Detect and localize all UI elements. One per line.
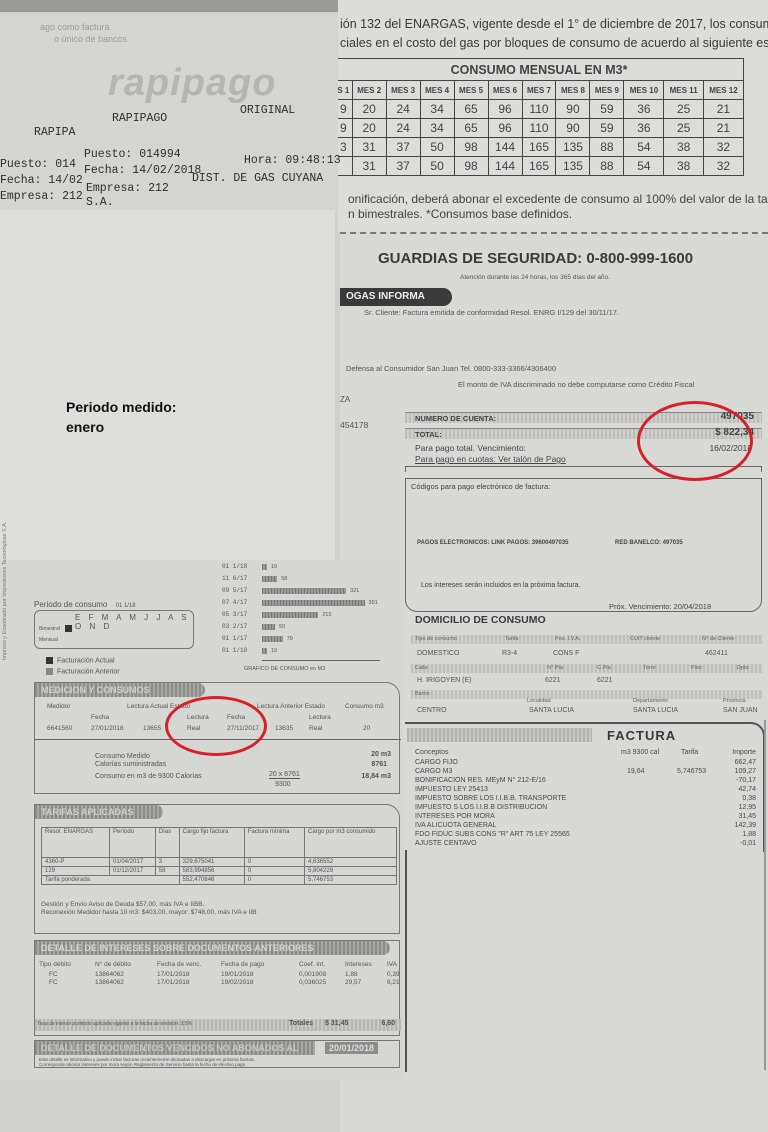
factura-concepto: IMPUESTO SOBRE LOS I.I.B.B. TRANSPORTE xyxy=(415,794,566,803)
factura-row: AJUSTE CENTAVO-0,01 xyxy=(415,839,760,848)
periodo-label: Periodo de consumo xyxy=(34,600,107,609)
factura-importe: 1,88 xyxy=(742,830,756,839)
notice-line-2: ciales en el costo del gas por bloques d… xyxy=(340,36,768,50)
intereses-cell: 6,21 xyxy=(387,979,400,986)
month-header: MES 5 xyxy=(454,81,488,100)
partial-text: ZA xyxy=(340,395,350,404)
value-fecha-actual: 27/01/2018 xyxy=(91,725,124,732)
table-cell: 32 xyxy=(703,138,743,157)
factura-concepto: INTERESES POR MORA xyxy=(415,812,495,821)
label-torre: Torre xyxy=(643,665,656,671)
receipt-hora: Hora: 09:48:13 xyxy=(244,154,341,167)
th-dias: Días xyxy=(155,828,179,858)
rapipago-logo: rapipago xyxy=(108,62,276,105)
intereses-cell: 1,88 xyxy=(345,971,358,978)
factura-importe: -70,17 xyxy=(736,776,756,785)
chart-category-label: 01 1/18 xyxy=(222,647,247,654)
month-header: MES 4 xyxy=(420,81,454,100)
total-intereses: $ 31,45 xyxy=(325,1020,348,1027)
table-cell: 4,636552 xyxy=(305,858,397,867)
factura-concepto: AJUSTE CENTAVO xyxy=(415,839,477,848)
chart-bar-value: 79 xyxy=(287,636,293,642)
factura-header-bar xyxy=(407,728,592,742)
bimestral-label: Bimestral xyxy=(39,625,76,632)
table-cell: 21 xyxy=(703,100,743,119)
consumo-mensual-table: CONSUMO MENSUAL EN M3* S 1MES 2MES 3MES … xyxy=(334,58,744,176)
receipt-empresa-left: Empresa: 212 xyxy=(0,190,83,203)
partial-number: 454178 xyxy=(340,420,368,430)
consumo-medido-label: Consumo Medido xyxy=(95,753,150,760)
label-barrio: Barrio xyxy=(415,691,430,697)
vencidos-section: DETALLE DE DOCUMENTOS VENCIDOS NO ABONAD… xyxy=(34,1040,400,1068)
factura-row: IMPUESTO SOBRE LOS I.I.B.B. TRANSPORTE0,… xyxy=(415,794,760,803)
ponderada-fijo: 552,470646 xyxy=(179,876,244,885)
month-header: MES 9 xyxy=(590,81,624,100)
intereses-note: Los intereses serán incluidos en la próx… xyxy=(421,582,581,589)
header-m3: m3 9300 cal xyxy=(621,748,659,757)
divider xyxy=(764,720,766,1070)
th-factura-minima: Factura mínima xyxy=(244,828,304,858)
ponderada-label: Tarifa ponderada xyxy=(42,876,180,885)
chart-bar xyxy=(262,564,267,570)
value-consumo: 20 xyxy=(363,725,370,732)
table-cell: 110 xyxy=(522,119,556,138)
table-cell: 24 xyxy=(386,100,420,119)
formula-denominator: 9300 xyxy=(275,781,291,788)
intereses-header-cell: Intereses xyxy=(345,961,372,968)
bimestral-marker xyxy=(65,625,72,632)
table-cell: 135 xyxy=(556,157,590,176)
table-cell: 01/12/2017 xyxy=(110,867,156,876)
table-cell: 01/04/2017 xyxy=(110,858,156,867)
table-cell: 50 xyxy=(420,138,454,157)
domicilio-title: DOMICILIO DE CONSUMO xyxy=(415,614,546,626)
notice-line-1: ión 132 del ENARGAS, vigente desde el 1°… xyxy=(340,17,768,31)
table-cell: 34 xyxy=(420,100,454,119)
th-resol: Resol. ENARGAS xyxy=(42,828,110,858)
factura-importe: 142,39 xyxy=(735,821,756,830)
month-header: MES 10 xyxy=(624,81,664,100)
intereses-header-cell: Fecha de pago xyxy=(221,961,264,968)
chart-category-label: 09 5/17 xyxy=(222,587,247,594)
value-lectura-actual: 13655 xyxy=(143,725,161,732)
label-dpto: Dpto xyxy=(737,665,749,671)
table-row: 3137509814416513588543832 xyxy=(335,157,744,176)
ponderada-min: 0 xyxy=(244,876,304,885)
chart-bar xyxy=(262,648,267,654)
factura-headers: Conceptos m3 9300 cal Tarifa Importe xyxy=(415,748,760,757)
rapipago-receipt: ago como factura o único de bancos rapip… xyxy=(0,14,338,214)
intereses-cell: 13864062 xyxy=(95,979,124,986)
label-cuit: CUIT cliente xyxy=(630,636,660,642)
factura-concepto: IMPUESTO S LOS I.I.B.B DISTRIBUCION xyxy=(415,803,547,812)
table-cell: 65 xyxy=(454,100,488,119)
red-banelco: RED BANELCO: 497035 xyxy=(615,540,683,546)
total-label: TOTAL: xyxy=(415,430,442,439)
intereses-header-cell: IVA xyxy=(387,961,397,968)
table-row: 4360-P01/04/20173329,67504104,636552 xyxy=(42,858,397,867)
factura-m3: 19,64 xyxy=(627,767,645,776)
table-cell: 96 xyxy=(488,119,522,138)
factura-tarifa: 5,746753 xyxy=(677,767,706,776)
table-cell: 59 xyxy=(590,119,624,138)
periodo-box: E F M A M J J A S O N D Bimestral Mensua… xyxy=(34,610,194,649)
table-cell: 110 xyxy=(522,100,556,119)
value-tipo-consumo: DOMESTICO xyxy=(417,650,459,657)
mensual-label: Mensual xyxy=(39,637,58,643)
chart-bar xyxy=(262,636,283,642)
chart-bar-value: 58 xyxy=(281,576,287,582)
vencidos-text-2: Corresponde abonar intereses por mora se… xyxy=(39,1062,246,1067)
table-cell: 38 xyxy=(664,138,703,157)
header-bar-2 xyxy=(411,664,763,673)
table-cell: 20 xyxy=(352,119,386,138)
intereses-cell: FC xyxy=(49,971,58,978)
table-cell: 144 xyxy=(488,138,522,157)
table-cell: 3 xyxy=(155,858,179,867)
table-cell: 20 xyxy=(352,100,386,119)
value-nro-pta: 6221 xyxy=(545,677,561,684)
totales-label: Totales xyxy=(289,1020,313,1027)
intereses-cell: 19/01/2018 xyxy=(221,971,254,978)
vencidos-header: DETALLE DE DOCUMENTOS VENCIDOS NO ABONAD… xyxy=(35,1041,315,1055)
factura-title: FACTURA xyxy=(607,728,676,743)
factura-concepto: IVA ALICUOTA GENERAL xyxy=(415,821,496,830)
factura-row: IMPUESTO LEY 2541342,74 xyxy=(415,785,760,794)
value-localidad: SANTA LUCIA xyxy=(529,707,574,714)
label-tipo-consumo: Tipo de consumo xyxy=(415,636,457,642)
intereses-section: DETALLE DE INTERESES SOBRE DOCUMENTOS AN… xyxy=(34,940,400,1036)
table-cell: 21 xyxy=(703,119,743,138)
table-cell: 583,994856 xyxy=(179,867,244,876)
label-departamento: Departamento xyxy=(633,698,668,704)
domicilio-consumo: DOMICILIO DE CONSUMO Tipo de consumo Tar… xyxy=(405,612,765,722)
chart-title: GRAFICO DE CONSUMO en M3 xyxy=(244,666,325,672)
hdr-fecha-actual: Fecha xyxy=(91,714,109,721)
label-calle: Calle xyxy=(415,665,428,671)
label-c-pta: C.Pta xyxy=(597,665,611,671)
legend-actual-swatch xyxy=(46,657,53,664)
chart-category-label: 03 2/17 xyxy=(222,623,247,630)
calorias-value: 8761 xyxy=(371,761,387,768)
defensa-consumidor: Defensa al Consumidor San Juan Tel. 0800… xyxy=(346,364,556,373)
receipt-empresa-name: DIST. DE GAS CUYANA xyxy=(192,172,323,185)
label-nro-cliente: N° de Cliente xyxy=(702,636,734,642)
legend-actual: Facturación Actual xyxy=(46,657,115,664)
intereses-cell: 0,001908 xyxy=(299,971,326,978)
table-cell: 24 xyxy=(386,119,420,138)
intereses-header-cell: Coef. int. xyxy=(299,961,325,968)
chart-bar xyxy=(262,576,277,582)
table-cell: 37 xyxy=(386,138,420,157)
label-tarifa: Tarifa xyxy=(505,636,518,642)
value-calle: H. IRIGOYEN (E) xyxy=(417,677,471,684)
table-cell: 34 xyxy=(420,119,454,138)
intereses-cell: 13864062 xyxy=(95,971,124,978)
consumo-9300-label: Consumo en m3 de 9300 Calorías xyxy=(95,773,202,780)
table-cell: 4360-P xyxy=(42,858,110,867)
receipt-rapipa: RAPIPA xyxy=(34,126,75,139)
factura-section: FACTURA Conceptos m3 9300 cal Tarifa Imp… xyxy=(405,722,765,852)
receipt-puesto: Puesto: 014994 xyxy=(84,148,181,161)
intereses-header-cell: N° de débito xyxy=(95,961,131,968)
table-cell: 98 xyxy=(454,157,488,176)
th-periodo: Período xyxy=(110,828,156,858)
hdr-lectura-2: Lectura xyxy=(309,714,331,721)
factura-concepto: CARGO FIJO xyxy=(415,758,458,767)
divider xyxy=(405,850,407,1072)
month-header: MES 8 xyxy=(556,81,590,100)
receipt-faint-1: ago como factura xyxy=(40,22,110,32)
table-cell: 135 xyxy=(556,138,590,157)
highlight-circle-lectura xyxy=(165,696,267,756)
intereses-header-cell: Fecha de venc. xyxy=(157,961,201,968)
header-bar-3 xyxy=(411,690,763,699)
table-cell: 37 xyxy=(386,157,420,176)
informa-banner: OGAS INFORMA xyxy=(340,288,452,306)
consumption-chart: GRAFICO DE CONSUMO en M3 01 1/181911 6/1… xyxy=(222,560,402,670)
table-cell: 96 xyxy=(488,100,522,119)
header-conceptos: Conceptos xyxy=(415,748,448,757)
consumo-9300-value: 18,84 m3 xyxy=(361,773,391,780)
pago-total-label: Para pago total. Vencimiento: xyxy=(415,443,526,453)
month-header: MES 2 xyxy=(352,81,386,100)
reconexion-note: Reconexión Medidor hasta 10 m3: $403,00,… xyxy=(41,909,257,916)
header-tarifa: Tarifa xyxy=(681,748,698,757)
month-header: MES 7 xyxy=(522,81,556,100)
table-cell: 38 xyxy=(664,157,703,176)
chart-bar xyxy=(262,600,365,606)
table-cell: 25 xyxy=(664,100,703,119)
intereses-cell: 17/01/2018 xyxy=(157,979,190,986)
table-cell: 165 xyxy=(522,138,556,157)
chart-bar-value: 215 xyxy=(322,612,331,618)
table-cell: 31 xyxy=(352,138,386,157)
receipt-empresa: Empresa: 212 xyxy=(86,182,169,195)
intereses-cell: 17/01/2018 xyxy=(157,971,190,978)
factura-concepto: IMPUESTO LEY 25413 xyxy=(415,785,488,794)
notice-foot-2: n bimestrales. *Consumos base definidos. xyxy=(348,207,572,221)
factura-row: FDO FIDUC SUBS CONS "R" ART 75 LEY 25565… xyxy=(415,830,760,839)
chart-bar-value: 391 xyxy=(369,600,378,606)
intereses-cell: FC xyxy=(49,979,58,986)
cut-line xyxy=(340,232,768,234)
factura-importe: 662,47 xyxy=(735,758,756,767)
total-iva: 6,60 xyxy=(381,1020,395,1027)
chart-bar-value: 321 xyxy=(350,588,359,594)
factura-concepto: CARGO M3 xyxy=(415,767,452,776)
table-cell: 59 xyxy=(590,100,624,119)
table-cell: 329,675041 xyxy=(179,858,244,867)
codigos-label: Códigos para pago electrónico de factura… xyxy=(411,482,550,491)
hdr-consumo: Consumo m3 xyxy=(345,703,384,710)
table-row: 12901/12/201758583,99485605,804229 xyxy=(42,867,397,876)
periodo-consumo: Periodo de consumo 01 1/18 xyxy=(34,600,136,609)
table-cell: 5,804229 xyxy=(305,867,397,876)
table-cell: 25 xyxy=(664,119,703,138)
month-letters: E F M A M J J A S O N D xyxy=(75,613,193,631)
iva-note: El monto de IVA discriminado no debe com… xyxy=(458,380,694,389)
factura-importe: 31,45 xyxy=(738,812,756,821)
paper-sheet xyxy=(0,210,335,570)
pago-cuotas-label: Para pago en cuotas: Ver talón de Pago xyxy=(415,454,566,464)
intereses-header: DETALLE DE INTERESES SOBRE DOCUMENTOS AN… xyxy=(35,941,390,955)
chart-bar xyxy=(262,588,346,594)
factura-row: CARGO FIJO662,47 xyxy=(415,758,760,767)
chart-axis xyxy=(262,660,380,661)
legend-anterior-text: Facturación Anterior xyxy=(57,668,120,675)
enargas-notice: ión 132 del ENARGAS, vigente desde el 1°… xyxy=(338,0,768,232)
factura-row: BONIFICACION RES. MEyM N° 212-E/16-70,17 xyxy=(415,776,760,785)
tarifas-header: TARIFAS APLICADAS xyxy=(35,805,163,819)
hdr-medidor: Medidor xyxy=(47,703,70,710)
factura-row: INTERESES POR MORA31,45 xyxy=(415,812,760,821)
table-cell: 36 xyxy=(624,100,664,119)
cliente-text: Sr. Cliente: Factura emitida de conformi… xyxy=(364,308,619,317)
receipt-faint-2: o único de bancos xyxy=(54,34,127,44)
table-row: 33137509814416513588543832 xyxy=(335,138,744,157)
receipt-empresa-sa: S.A. xyxy=(86,196,114,209)
th-cargo-m3: Cargo por m3 consumido xyxy=(305,828,397,858)
periodo-value: 01 1/18 xyxy=(116,603,136,609)
link-pagos: PAGOS ELECTRONICOS: LINK PAGOS: 39600497… xyxy=(417,540,569,546)
table-cell: 50 xyxy=(420,157,454,176)
notice-foot-1: onificación, deberá abonar el excedente … xyxy=(348,192,768,206)
value-estado-anterior: Real xyxy=(309,725,322,732)
factura-importe: -0,01 xyxy=(740,839,756,848)
chart-bar xyxy=(262,612,318,618)
table-cell: 65 xyxy=(454,119,488,138)
prox-vencimiento: Próx. Vencimiento: 20/04/2018 xyxy=(609,602,711,611)
label-localidad: Localidad xyxy=(527,698,551,704)
legend-anterior-swatch xyxy=(46,668,53,675)
tarifas-section: TARIFAS APLICADAS Resol. ENARGAS Período… xyxy=(34,804,400,934)
factura-concepto: BONIFICACION RES. MEyM N° 212-E/16 xyxy=(415,776,546,785)
table-cell: 88 xyxy=(590,138,624,157)
formula-numerator: 20 x 8761 xyxy=(269,771,300,779)
chart-bar-value: 50 xyxy=(279,624,285,630)
table-cell: 98 xyxy=(454,138,488,157)
month-header: MES 3 xyxy=(386,81,420,100)
label-pos-iva: Pos. I.V.A. xyxy=(555,636,580,642)
chart-category-label: 07 4/17 xyxy=(222,599,247,606)
guardias-heading: GUARDIAS DE SEGURIDAD: 0-800-999-1600 xyxy=(378,250,693,267)
value-barrio: CENTRO xyxy=(417,707,447,714)
th-cargo-fijo: Cargo fijo factura xyxy=(179,828,244,858)
annotation-periodo-medido: Periodo medido: enero xyxy=(66,397,176,437)
intereses-cell: 19/02/2018 xyxy=(221,979,254,986)
tarifas-table: Resol. ENARGAS Período Días Cargo fijo f… xyxy=(41,827,397,885)
intereses-cell: 0,036025 xyxy=(299,979,326,986)
factura-concepto: FDO FIDUC SUBS CONS "R" ART 75 LEY 25565 xyxy=(415,830,570,839)
chart-bar xyxy=(262,624,275,630)
annotation-line-2: enero xyxy=(66,417,176,437)
bimestral-text: Bimestral xyxy=(39,626,60,632)
annotation-line-1: Periodo medido: xyxy=(66,397,176,417)
printer-credit: Impreso y Ensobrado por Impresiones Tecn… xyxy=(2,522,8,660)
chart-bar-value: 19 xyxy=(271,564,277,570)
factura-row: IVA ALICUOTA GENERAL142,39 xyxy=(415,821,760,830)
table-cell: 129 xyxy=(42,867,110,876)
ponderada-m3: 5,746753 xyxy=(305,876,397,885)
consumo-medido-value: 20 m3 xyxy=(371,751,391,758)
value-tarifa: R3-4 xyxy=(502,650,517,657)
chart-bar-value: 19 xyxy=(271,648,277,654)
receipt-fecha-left: Fecha: 14/02 xyxy=(0,174,83,187)
calorias-label: Calorías suministradas xyxy=(95,761,166,768)
gestion-note: Gestión y Envío Aviso de Deuda $57,00, m… xyxy=(41,901,204,908)
header-importe: Importe xyxy=(732,748,756,757)
receipt-brand: RAPIPAGO xyxy=(112,112,167,125)
table-cell: 54 xyxy=(624,157,664,176)
intereses-header-cell: Tipo débito xyxy=(39,961,71,968)
consumption-detail-sheet: Periodo de consumo 01 1/18 E F M A M J J… xyxy=(0,560,402,1080)
table-cell: 0 xyxy=(244,867,304,876)
legend-actual-text: Facturación Actual xyxy=(57,657,115,664)
receipt-fecha: Fecha: 14/02/2018 xyxy=(84,164,201,177)
table-cell: 90 xyxy=(556,119,590,138)
month-header: MES 12 xyxy=(703,81,743,100)
factura-row: IMPUESTO S LOS I.I.B.B DISTRIBUCION12,95 xyxy=(415,803,760,812)
table-cell: 31 xyxy=(352,157,386,176)
table-row: 920243465961109059362521 xyxy=(335,100,744,119)
table-row: 920243465961109059362521 xyxy=(335,119,744,138)
table-cell: 58 xyxy=(155,867,179,876)
factura-importe: 12,95 xyxy=(738,803,756,812)
receipt-puesto-left: Puesto: 014 xyxy=(0,158,76,171)
value-departamento: SANTA LUCIA xyxy=(633,707,678,714)
factura-importe: 42,74 xyxy=(738,785,756,794)
month-header: MES 6 xyxy=(488,81,522,100)
chart-category-label: 11 6/17 xyxy=(222,575,247,582)
numero-cuenta-label: NUMERO DE CUENTA: xyxy=(415,414,496,423)
chart-category-label: 01 1/18 xyxy=(222,563,247,570)
value-pos-iva: CONS F xyxy=(553,650,579,657)
chart-category-label: 01 1/17 xyxy=(222,635,247,642)
value-medidor: 6641560 xyxy=(47,725,72,732)
highlight-circle-vencimiento xyxy=(637,401,753,481)
tasa-note: Tasa de interés punitorio aplicada vigen… xyxy=(37,1021,192,1027)
table-cell: 54 xyxy=(624,138,664,157)
receipt-original: ORIGINAL xyxy=(240,104,295,117)
value-c-pta: 6221 xyxy=(597,677,613,684)
table-cell: 90 xyxy=(556,100,590,119)
hdr-lectura-anterior: Lectura Anterior Estado xyxy=(257,703,325,710)
table-cell: 165 xyxy=(522,157,556,176)
factura-importe: 0,38 xyxy=(742,794,756,803)
atencion-text: Atención durante las 24 horas, los 365 d… xyxy=(460,274,610,281)
value-provincia: SAN JUAN xyxy=(723,707,758,714)
chart-category-label: 05 3/17 xyxy=(222,611,247,618)
label-nro-pta: N° Pta xyxy=(547,665,563,671)
value-lectura-anterior: 13635 xyxy=(275,725,293,732)
table-cell: 0 xyxy=(244,858,304,867)
table-cell: 32 xyxy=(703,157,743,176)
legend-anterior: Facturación Anterior xyxy=(46,668,120,675)
intereses-cell: 29,57 xyxy=(345,979,361,986)
factura-row: CARGO M319,645,746753109,27 xyxy=(415,767,760,776)
label-piso: Piso xyxy=(691,665,702,671)
table-cell: 88 xyxy=(590,157,624,176)
factura-importe: 109,27 xyxy=(735,767,756,776)
intereses-cell: 0,39 xyxy=(387,971,400,978)
label-provincia: Provincia xyxy=(723,698,746,704)
month-header: MES 11 xyxy=(664,81,703,100)
vencidos-date: 20/01/2018 xyxy=(325,1042,378,1054)
table-cell: 36 xyxy=(624,119,664,138)
table-cell: 144 xyxy=(488,157,522,176)
table-title: CONSUMO MENSUAL EN M3* xyxy=(335,59,744,81)
